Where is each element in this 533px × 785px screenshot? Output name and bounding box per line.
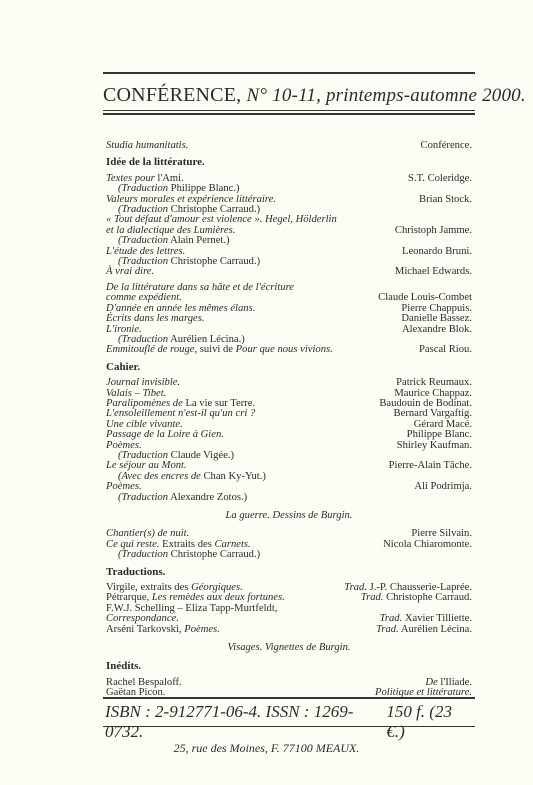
toc-entry: Studia humanitatis. Conférence. [106,141,472,151]
entry-title: Journal invisible. [106,378,180,388]
entry-title-it: Pour que nous vivions. [236,344,333,355]
footer-bottom-rule [103,726,475,727]
trad-label: Trad. [361,592,384,603]
entry-title-rm: Arséni Tarkovski, [106,624,184,635]
translator-note: (Traduction Alexandre Zotos.) [106,493,472,503]
note-name: Claude Vigée.) [168,450,234,461]
entry-title: Les remèdes aux deux fortunes. [152,592,285,603]
entry-title: À vrai dire. [106,267,154,277]
price: 150 f. (23 €.) [386,702,473,742]
translator-name: Christophe Carraud. [383,592,472,603]
entry-author: Danielle Bassez. [401,314,472,324]
illustration-note: Visages. Vignettes de Burgin. [106,643,472,653]
entry-title-rm: l'Ami. [155,173,184,184]
toc-entry: Passage de la Loire à Gien.Philippe Blan… [106,430,472,440]
entry-title: Géorgiques. [191,582,243,593]
entry-title: Emmitouflé de rouge, [106,344,197,355]
toc-entry: Journal invisible.Patrick Reumaux. [106,378,472,388]
entry-author: Michael Edwards. [395,267,472,277]
note-label: (Traduction [118,450,168,461]
section-heading: Cahier. [106,362,472,372]
toc-entry: À vrai dire. Michael Edwards. [106,267,472,277]
entry-author: Patrick Reumaux. [396,378,472,388]
publication-info: ISBN : 2-912771-06-4. ISSN : 1269-0732. … [105,702,473,742]
table-of-contents: Studia humanitatis. Conférence. Idée de … [106,141,472,699]
journal-name: CONFÉRENCE, [103,84,241,106]
entry-author: Conférence. [421,141,472,151]
entry-author: Ali Podrimja. [414,482,472,492]
entry-title: Ce qui reste. [106,539,159,550]
note-name: Philippe Blanc.) [168,183,240,194]
note-name: Aurélien Lécina.) [168,334,245,345]
note-label: (Avec des encres de [118,471,201,482]
trad-label: Trad. [344,582,367,593]
entry-author: Shirley Kaufman. [397,441,472,451]
entry-title: Écrits dans les marges. [106,314,204,324]
note-label: (Traduction [118,549,168,560]
note-name: Christophe Carraud.) [168,549,260,560]
entry-title: Paralipomènes de [106,398,183,409]
top-rule [103,72,475,74]
illustration-note: La guerre. Dessins de Burgin. [106,511,472,521]
section-heading: Inédits. [106,661,472,671]
publisher-address: 25, rue des Moines, F. 77100 MEAUX. [0,741,533,756]
entry-author: Brian Stock. [419,195,472,205]
translator-name: Xavier Tilliette. [402,613,472,624]
section-heading: Traductions. [106,567,472,577]
page-title: CONFÉRENCE, N° 10-11, printemps-automne … [103,84,475,107]
note-label: (Traduction [118,204,168,215]
note-label: (Traduction [118,334,168,345]
translator-note: (Traduction Christophe Carraud.) [106,550,472,560]
section-heading: Idée de la littérature. [106,157,472,167]
entry-author: Pierre-Alain Tâche. [389,461,472,471]
toc-entry: Emmitouflé de rouge, suivi de Pour que n… [106,345,472,355]
entry-author: S.T. Coleridge. [408,174,472,184]
entry-title: Textes pour [106,173,155,184]
note-name: Christophe Carraud.) [168,256,260,267]
translator-name: J.-P. Chausserie-Laprée. [367,582,472,593]
note-name: Alain Pernet.) [168,235,230,246]
title-underline-rule [103,110,475,111]
entry-title: Passage de la Loire à Gien. [106,430,224,440]
entry-title-rm: La vie sur Terre. [183,398,255,409]
note-name: Alexandre Zotos.) [168,492,247,503]
entry-author: Philippe Blanc. [407,430,472,440]
entry-author: Nicola Chiaromonte. [383,540,472,550]
entry-title: Poèmes. [184,624,220,635]
note-name: Chan Ky-Yut.) [201,471,266,482]
note-name: Christophe Carraud.) [168,204,260,215]
entry-title-rm: Pétrarque, [106,592,152,603]
trad-label: Trad. [376,624,399,635]
note-label: (Traduction [118,492,168,503]
translator-name: Aurélien Lécina. [399,624,472,635]
entry-title-rm: Virgile, extraits des [106,582,191,593]
entry-author: Pascal Riou. [419,345,472,355]
toc-entry: Arséni Tarkovski, Poèmes.Trad. Aurélien … [106,625,472,635]
title-underline-rule-thick [103,113,475,115]
isbn-issn: ISBN : 2-912771-06-4. ISSN : 1269-0732. [105,702,386,742]
footer-top-rule [103,697,475,699]
toc-entry: Écrits dans les marges. Danielle Bassez. [106,314,472,324]
trad-label: Trad. [380,613,403,624]
entry-title-it: Carnets. [214,539,250,550]
entry-title: De [425,677,437,688]
note-label: (Traduction [118,235,168,246]
entry-title: Studia humanitatis. [106,141,188,151]
issue-info: N° 10-11, printemps-automne 2000. [247,85,526,106]
entry-author: Christoph Jamme. [395,226,472,236]
note-label: (Traduction [118,183,168,194]
entry-author: Alexandre Blok. [402,325,472,335]
entry-title-rm: l'Iliade. [438,677,472,688]
entry-author: Leonardo Bruni. [402,247,472,257]
entry-title-rm: suivi de [197,344,236,355]
entry-title-rm: Extraits des [159,539,214,550]
